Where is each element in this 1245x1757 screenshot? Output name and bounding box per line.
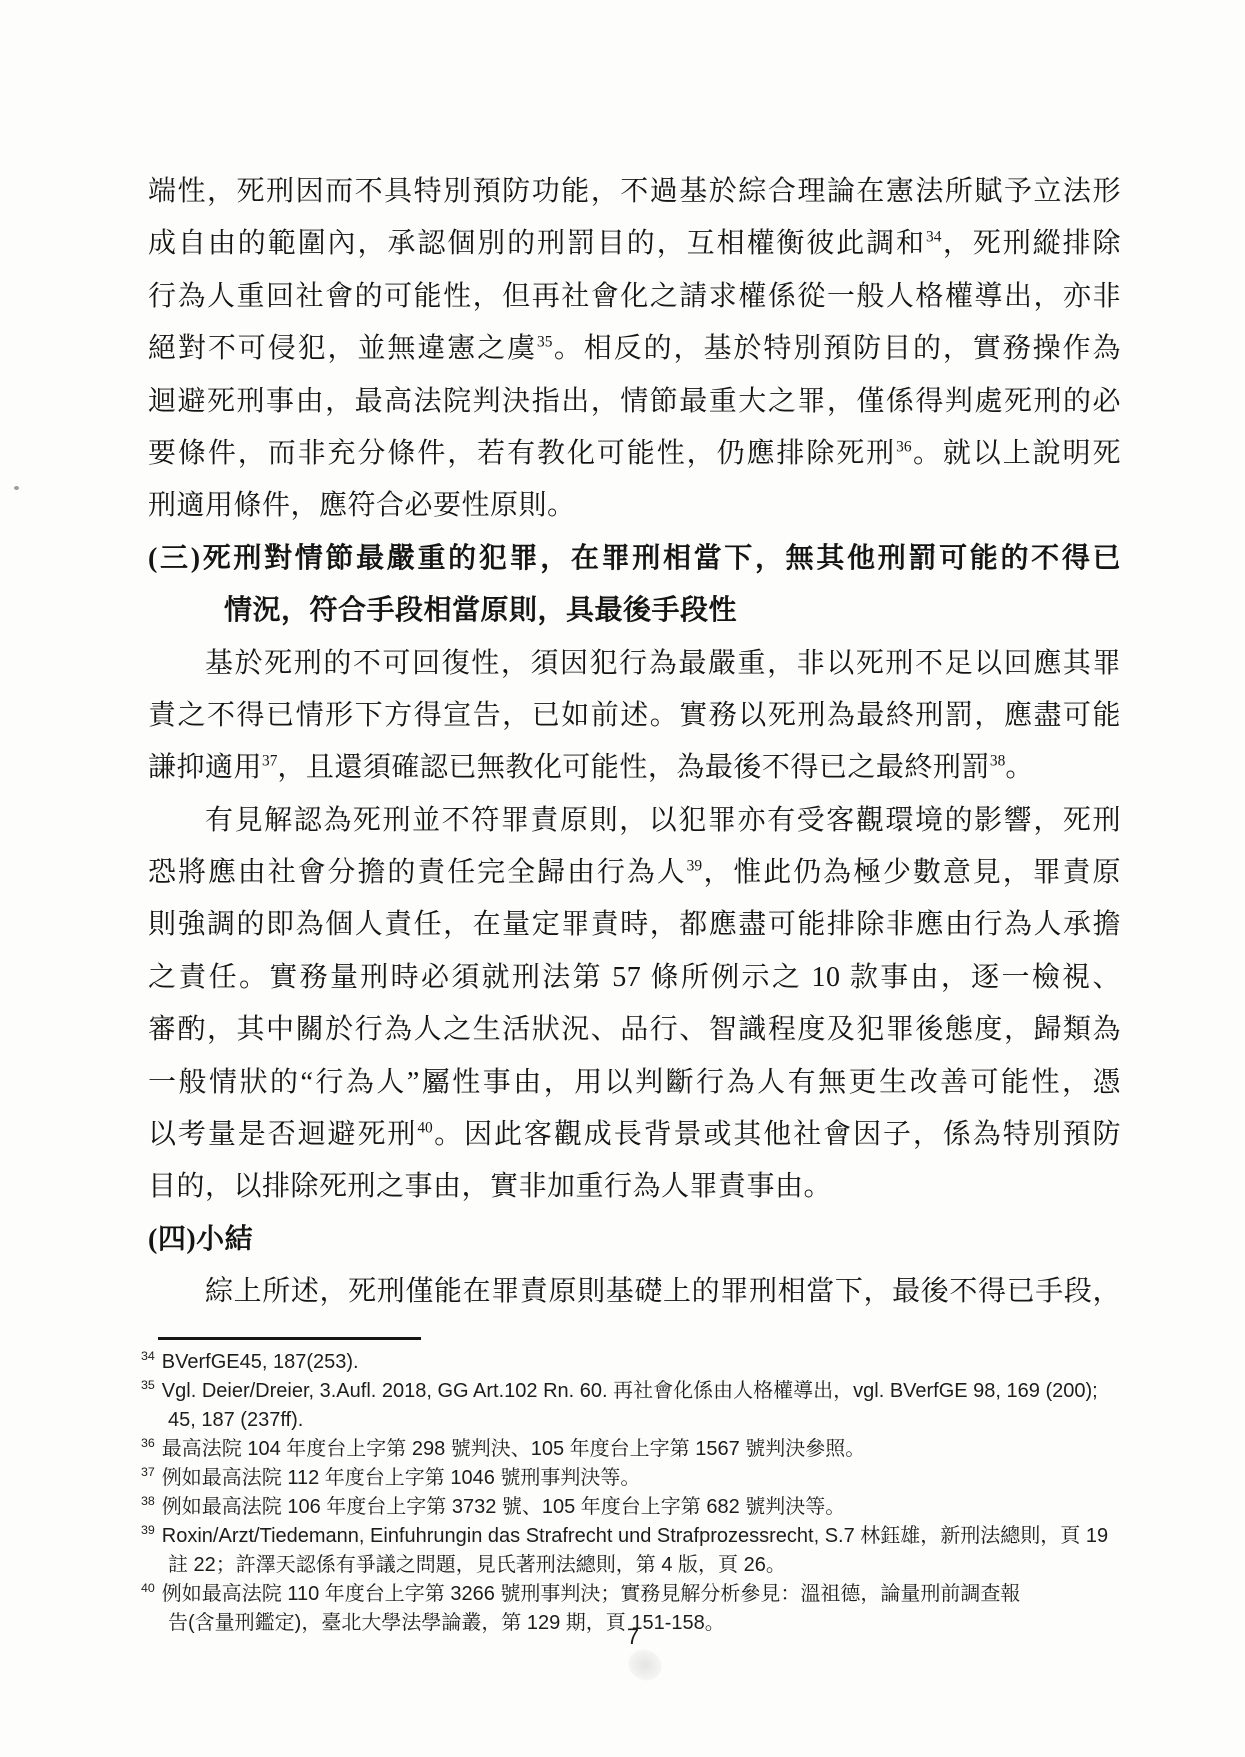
body-line-text: ，且還須確認已無教化可能性，為最後不得已之最終刑罰: [277, 752, 990, 783]
body-line-text: 迴避死刑事由，最高法院判決指出，情節最重大之罪，僅係得判處死刑的必: [148, 386, 1121, 417]
body-line: 恐將應由社會分擔的責任完全歸由行為人39，惟此仍為極少數意見，罪責原: [148, 847, 1121, 899]
footnote-text: Roxin/Arzt/Tiedemann, Einfuhrungin das S…: [162, 1525, 1108, 1547]
footnote-ref-36: 36: [896, 439, 911, 456]
footnote-35-cont: 45, 187 (237ff).: [141, 1406, 1133, 1435]
footnote-text: 45, 187 (237ff).: [168, 1409, 303, 1431]
footnote-39-cont: 註 22；許澤天認係有爭議之問題，見氏著刑法總則，第 4 版，頁 26。: [141, 1551, 1133, 1580]
footnote-text: 例如最高法院 106 年度台上字第 3732 號、105 年度台上字第 682 …: [162, 1496, 846, 1518]
footnote-number: 35: [141, 1378, 155, 1392]
body-line-text: 行為人重回社會的可能性，但再社會化之請求權係從一般人格權導出，亦非: [148, 281, 1121, 312]
section-heading-4: (四)小結: [148, 1214, 1121, 1266]
body-line-text: 。就以上說明死: [912, 438, 1121, 469]
footnote-number: 36: [141, 1436, 155, 1450]
footnote-40: 40例如最高法院 110 年度台上字第 3266 號刑事判決；實務見解分析參見：…: [141, 1580, 1133, 1609]
body-line: 審酌，其中關於行為人之生活狀況、品行、智識程度及犯罪後態度，歸類為: [148, 1004, 1121, 1056]
section-heading-text: (四)小結: [148, 1224, 253, 1255]
footnote-separator: [158, 1337, 421, 1340]
body-line: 則強調的即為個人責任，在量定罪責時，都應盡可能排除非應由行為人承擔: [148, 899, 1121, 951]
body-line-text: 審酌，其中關於行為人之生活狀況、品行、智識程度及犯罪後態度，歸類為: [148, 1014, 1121, 1045]
footnote-37: 37例如最高法院 112 年度台上字第 1046 號刑事判決等。: [141, 1464, 1133, 1493]
body-line-text: 成自由的範圍內，承認個別的刑罰目的，互相權衡彼此調和: [148, 228, 926, 259]
section-heading-text: (三)死刑對情節最嚴重的犯罪，在罪刑相當下，無其他刑罰可能的不得已: [148, 543, 1121, 574]
footnote-text: BVerfGE45, 187(253).: [162, 1351, 359, 1373]
section-heading-3-cont: 情況，符合手段相當原則，具最後手段性: [148, 585, 1121, 637]
body-line: 目的，以排除死刑之事由，實非加重行為人罪責事由。: [148, 1161, 1121, 1213]
body-line: 以考量是否迴避死刑40。因此客觀成長背景或其他社會因子，係為特別預防: [148, 1109, 1121, 1161]
body-line-text: ，死刑縱排除: [941, 228, 1121, 259]
footnote-text: 例如最高法院 112 年度台上字第 1046 號刑事判決等。: [162, 1467, 641, 1489]
body-line-text: 刑適用條件，應符合必要性原則。: [148, 490, 576, 521]
body-line-text: ，惟此仍為極少數意見，罪責原: [702, 857, 1121, 888]
body-line-text: 恐將應由社會分擔的責任完全歸由行為人: [148, 857, 687, 888]
footnote-text: Vgl. Deier/Dreier, 3.Aufl. 2018, GG Art.…: [162, 1380, 1098, 1402]
footnote-ref-39: 39: [687, 858, 702, 875]
body-line-text: 絕對不可侵犯，並無違憲之虞: [148, 333, 537, 364]
body-line: 謙抑適用37，且還須確認已無教化可能性，為最後不得已之最終刑罰38。: [148, 742, 1121, 794]
footnote-36: 36最高法院 104 年度台上字第 298 號判決、105 年度台上字第 156…: [141, 1435, 1133, 1464]
footnote-text: 例如最高法院 110 年度台上字第 3266 號刑事判決；實務見解分析參見：溫祖…: [162, 1583, 1021, 1605]
body-line-text: 要條件，而非充分條件，若有教化可能性，仍應排除死刑: [148, 438, 896, 469]
scan-artifact-smudge: [623, 1644, 666, 1686]
body-line-text: 。相反的，基於特別預防目的，實務操作為: [552, 333, 1121, 364]
body-line-text: 端性，死刑因而不具特別預防功能，不過基於綜合理論在憲法所賦予立法形: [148, 176, 1121, 207]
footnote-text: 註 22；許澤天認係有爭議之問題，見氏著刑法總則，第 4 版，頁 26。: [168, 1554, 786, 1576]
footnote-34: 34BVerfGE45, 187(253).: [141, 1348, 1133, 1377]
body-line: 行為人重回社會的可能性，但再社會化之請求權係從一般人格權導出，亦非: [148, 271, 1121, 323]
footnote-ref-40: 40: [417, 1120, 432, 1137]
body-line: 要條件，而非充分條件，若有教化可能性，仍應排除死刑36。就以上說明死: [148, 428, 1121, 480]
body-line: 迴避死刑事由，最高法院判決指出，情節最重大之罪，僅係得判處死刑的必: [148, 376, 1121, 428]
footnote-number: 34: [141, 1349, 155, 1363]
footnote-number: 40: [141, 1581, 155, 1595]
section-heading-3: (三)死刑對情節最嚴重的犯罪，在罪刑相當下，無其他刑罰可能的不得已: [148, 533, 1121, 585]
body-line: 之責任。實務量刑時必須就刑法第 57 條所例示之 10 款事由，逐一檢視、: [148, 952, 1121, 1004]
body-line: 絕對不可侵犯，並無違憲之虞35。相反的，基於特別預防目的，實務操作為: [148, 323, 1121, 375]
body-line-text: 責之不得已情形下方得宣告，已如前述。實務以死刑為最終刑罰，應盡可能: [148, 700, 1121, 731]
body-line-text: 。因此客觀成長背景或其他社會因子，係為特別預防: [433, 1119, 1121, 1150]
body-line: 端性，死刑因而不具特別預防功能，不過基於綜合理論在憲法所賦予立法形: [148, 166, 1121, 218]
body-line: 綜上所述，死刑僅能在罪責原則基礎上的罪刑相當下，最後不得已手段，: [148, 1266, 1121, 1318]
body-line-text: 基於死刑的不可回復性，須因犯行為最嚴重，非以死刑不足以回應其罪: [205, 648, 1121, 679]
footnote-text: 最高法院 104 年度台上字第 298 號判決、105 年度台上字第 1567 …: [162, 1438, 866, 1460]
body-line: 一般情狀的“行為人”屬性事由，用以判斷行為人有無更生改善可能性，憑: [148, 1057, 1121, 1109]
body-line: 責之不得已情形下方得宣告，已如前述。實務以死刑為最終刑罰，應盡可能: [148, 690, 1121, 742]
body-line-text: 一般情狀的“行為人”屬性事由，用以判斷行為人有無更生改善可能性，憑: [148, 1067, 1121, 1098]
body-line: 刑適用條件，應符合必要性原則。: [148, 480, 1121, 532]
body-line-text: 綜上所述，死刑僅能在罪責原則基礎上的罪刑相當下，最後不得已手段，: [205, 1276, 1121, 1307]
body-line: 有見解認為死刑並不符罪責原則，以犯罪亦有受客觀環境的影響，死刑: [148, 795, 1121, 847]
body-line: 基於死刑的不可回復性，須因犯行為最嚴重，非以死刑不足以回應其罪: [148, 638, 1121, 690]
body-line-text: 。: [1005, 752, 1034, 783]
body-line-text: 謙抑適用: [148, 752, 262, 783]
body-line-text: 之責任。實務量刑時必須就刑法第 57 條所例示之 10 款事由，逐一檢視、: [148, 962, 1121, 993]
body-line: 成自由的範圍內，承認個別的刑罰目的，互相權衡彼此調和34，死刑縱排除: [148, 218, 1121, 270]
footnote-ref-35: 35: [537, 334, 552, 351]
footnote-ref-34: 34: [926, 229, 941, 246]
body-line-text: 則強調的即為個人責任，在量定罪責時，都應盡可能排除非應由行為人承擔: [148, 909, 1121, 940]
footnote-39: 39Roxin/Arzt/Tiedemann, Einfuhrungin das…: [141, 1522, 1133, 1551]
footnote-ref-37: 37: [262, 753, 277, 770]
footnote-35: 35Vgl. Deier/Dreier, 3.Aufl. 2018, GG Ar…: [141, 1377, 1133, 1406]
footnote-number: 39: [141, 1523, 155, 1537]
body-line-text: 以考量是否迴避死刑: [148, 1119, 417, 1150]
body-line-text: 有見解認為死刑並不符罪責原則，以犯罪亦有受客觀環境的影響，死刑: [205, 805, 1121, 836]
section-heading-text: 情況，符合手段相當原則，具最後手段性: [224, 595, 737, 626]
body-text: 端性，死刑因而不具特別預防功能，不過基於綜合理論在憲法所賦予立法形 成自由的範圍…: [148, 166, 1121, 1319]
footnote-ref-38: 38: [990, 753, 1005, 770]
footnote-number: 37: [141, 1465, 155, 1479]
footnotes: 34BVerfGE45, 187(253). 35Vgl. Deier/Drei…: [141, 1348, 1133, 1638]
footnote-38: 38例如最高法院 106 年度台上字第 3732 號、105 年度台上字第 68…: [141, 1493, 1133, 1522]
scan-artifact-dot: [14, 486, 19, 490]
page-number: 7: [563, 1624, 703, 1650]
body-line-text: 目的，以排除死刑之事由，實非加重行為人罪責事由。: [148, 1171, 832, 1202]
document-page: 端性，死刑因而不具特別預防功能，不過基於綜合理論在憲法所賦予立法形 成自由的範圍…: [0, 0, 1245, 1757]
footnote-number: 38: [141, 1494, 155, 1508]
